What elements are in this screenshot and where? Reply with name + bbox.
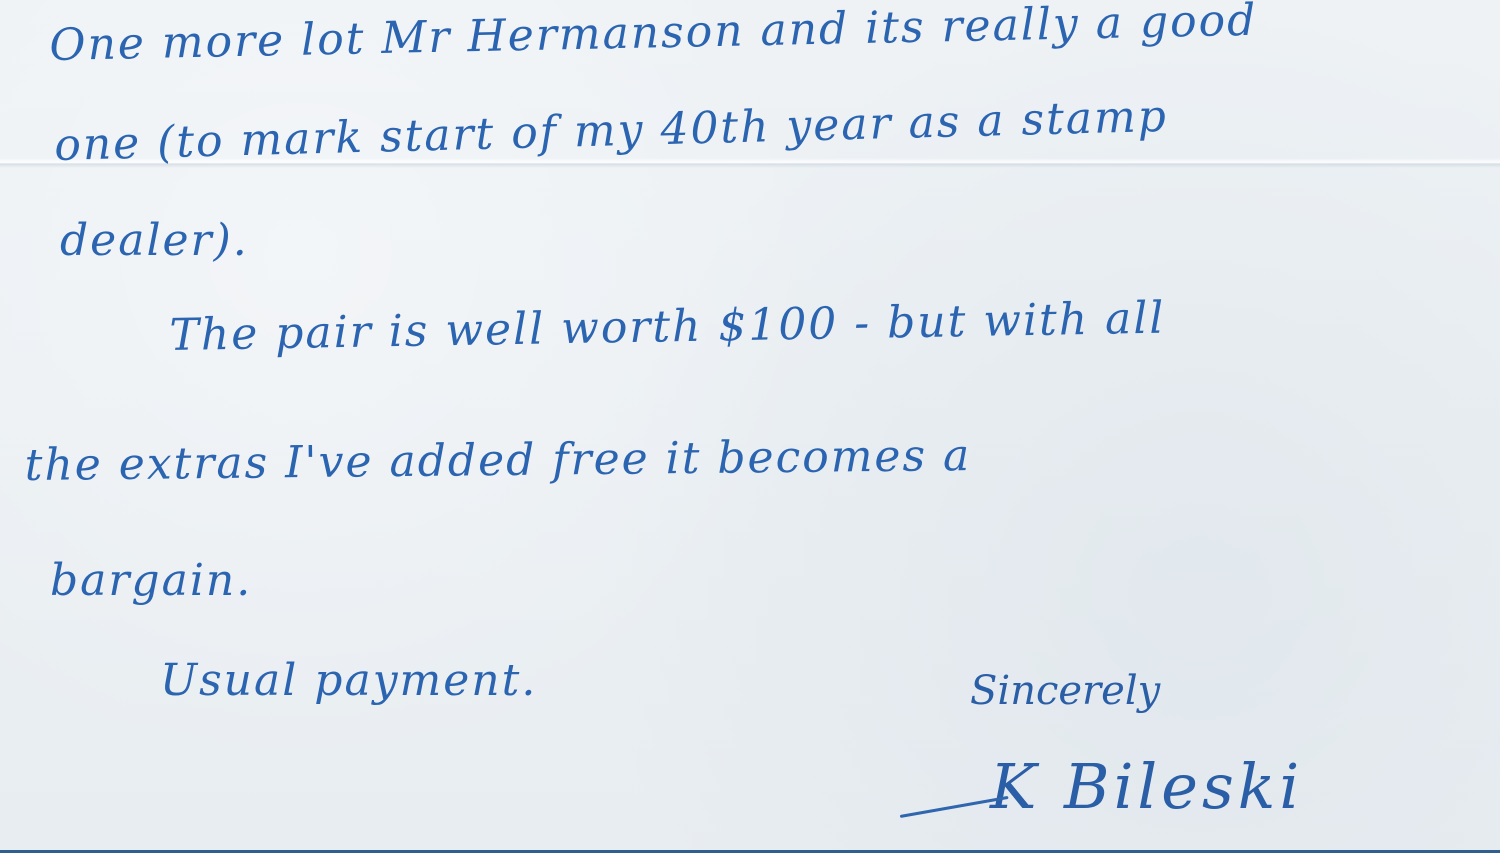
letter-line-6: bargain.: [50, 555, 252, 606]
letter-line-5: the extras I've added free it becomes a: [24, 430, 971, 491]
letter-line-1: One more lot Mr Hermanson and its really…: [49, 0, 1258, 71]
signature: K Bileski: [990, 750, 1303, 823]
letter-closing: Sincerely: [970, 668, 1160, 714]
handwritten-letter: One more lot Mr Hermanson and its really…: [0, 0, 1500, 853]
letter-line-7: Usual payment.: [160, 655, 537, 706]
letter-line-4: The pair is well worth $100 - but with a…: [169, 293, 1166, 361]
letter-line-3: dealer).: [60, 215, 249, 266]
